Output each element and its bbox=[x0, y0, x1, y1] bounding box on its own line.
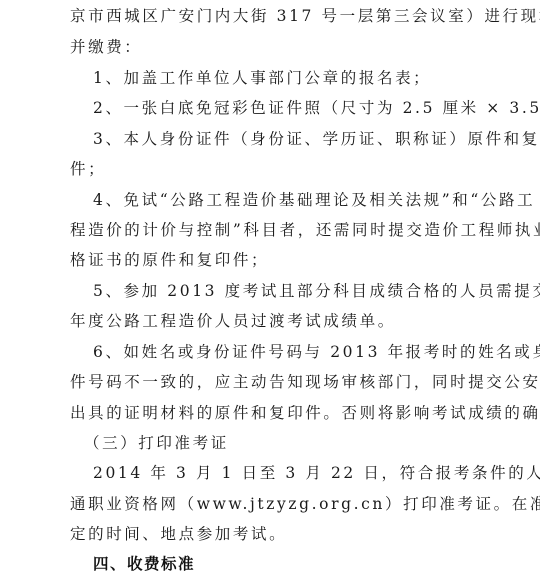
paragraph-line: 格证书的原件和复印件； bbox=[70, 250, 480, 270]
paragraph-line: 程造价的计价与控制”科目者，还需同时提交造价工程师执业资 bbox=[70, 220, 480, 240]
section-heading: 四、收费标准 bbox=[93, 554, 503, 571]
section-subheading: （三）打印准考证 bbox=[84, 433, 494, 453]
list-item-6: 6、如姓名或身份证件号码与 2013 年报考时的姓名或身份证 bbox=[93, 342, 503, 362]
paragraph-line: 件号码不一致的，应主动告知现场审核部门，同时提交公安部门 bbox=[70, 372, 480, 392]
list-item-2: 2、一张白底免冠彩色证件照（尺寸为 2.5 厘米 × 3.5 厘米）； bbox=[93, 98, 503, 118]
paragraph-line: 京市西城区广安门内大街 317 号一层第三会议室）进行现场确认 bbox=[70, 6, 480, 26]
list-item-3: 3、本人身份证件（身份证、学历证、职称证）原件和复印 bbox=[93, 129, 503, 149]
list-item-4: 4、免试“公路工程造价基础理论及相关法规”和“公路工 bbox=[93, 190, 503, 210]
document-page: 京市西城区广安门内大街 317 号一层第三会议室）进行现场确认 并缴费： 1、加… bbox=[0, 0, 540, 571]
paragraph-line: 定的时间、地点参加考试。 bbox=[70, 524, 480, 544]
paragraph-line: 出具的证明材料的原件和复印件。否则将影响考试成绩的确认。 bbox=[70, 403, 480, 423]
paragraph-line: 年度公路工程造价人员过渡考试成绩单。 bbox=[70, 311, 480, 331]
paragraph-line: 并缴费： bbox=[70, 37, 480, 57]
paragraph-line: 通职业资格网（www.jtzyzg.org.cn）打印准考证。在准考证指 bbox=[70, 494, 480, 514]
list-item-1: 1、加盖工作单位人事部门公章的报名表； bbox=[93, 68, 503, 88]
list-item-5: 5、参加 2013 度考试且部分科目成绩合格的人员需提交 2013 bbox=[93, 281, 503, 301]
paragraph-line: 件； bbox=[70, 159, 480, 179]
paragraph-line: 2014 年 3 月 1 日至 3 月 22 日，符合报考条件的人员可从交 bbox=[93, 463, 503, 483]
